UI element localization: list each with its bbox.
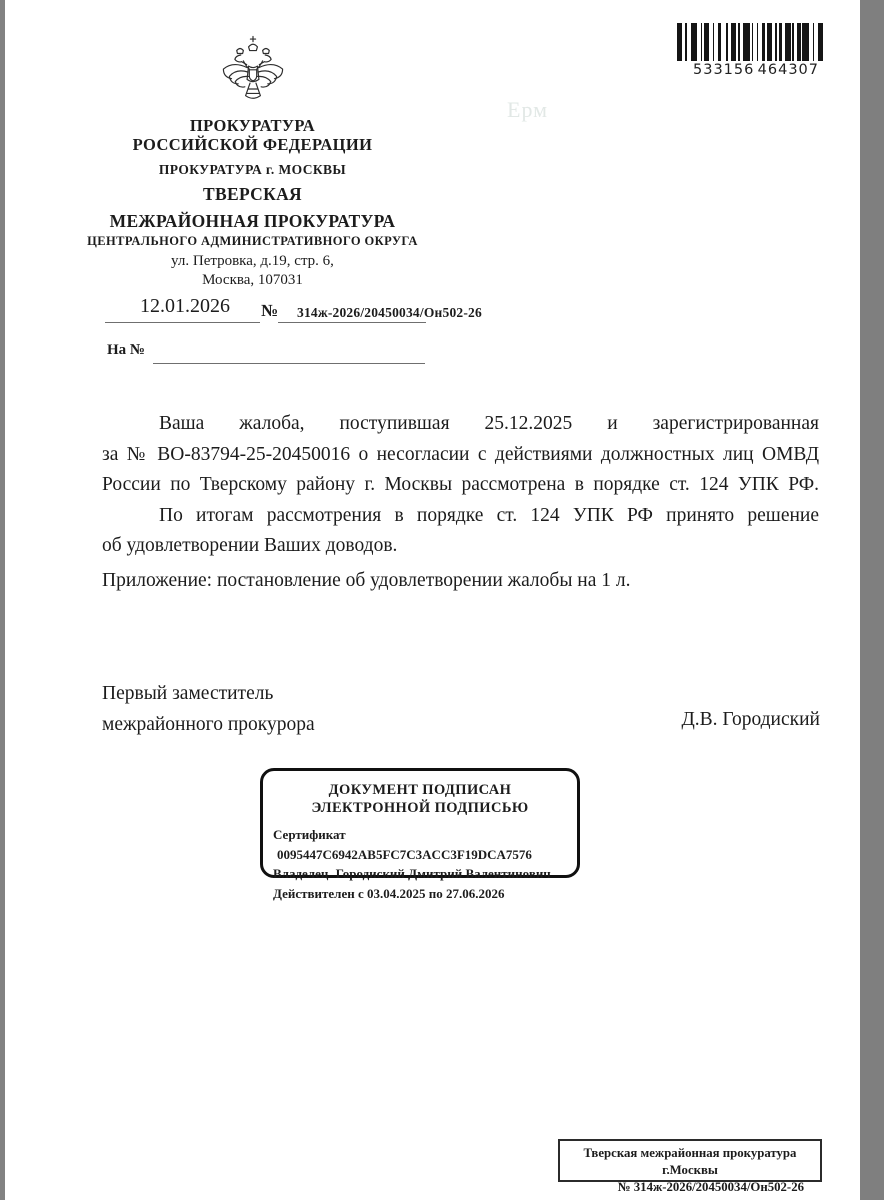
letter-date: 12.01.2026 xyxy=(105,295,265,318)
stamp-certificate-row: Сертификат 0095447C6942AB5FC7C3ACC3F19DC… xyxy=(273,825,569,864)
outgoing-number: 314ж-2026/20450034/Он502-26 xyxy=(297,305,482,321)
certificate-label: Сертификат xyxy=(273,827,346,842)
watermark-text: Ерм xyxy=(507,97,548,123)
reply-underline xyxy=(153,363,425,364)
body-line: России по Тверскому району г. Москвы рас… xyxy=(102,470,819,501)
barcode-bars xyxy=(677,23,823,61)
body-line: за № ВО-83794-25-20450016 о несогласии с… xyxy=(102,440,819,471)
owner-label: Владелец xyxy=(273,866,328,881)
page-margin-left xyxy=(0,0,5,1200)
electronic-signature-stamp: ДОКУМЕНТ ПОДПИСАН ЭЛЕКТРОННОЙ ПОДПИСЬЮ С… xyxy=(260,768,580,878)
org-name-line1: ПРОКУРАТУРА xyxy=(80,117,425,136)
reply-to-label: На № xyxy=(107,342,145,359)
office-address: ул. Петровка, д.19, стр. 6, Москва, 1070… xyxy=(80,252,425,290)
address-line2: Москва, 107031 xyxy=(80,271,425,290)
stamp-title: ДОКУМЕНТ ПОДПИСАН ЭЛЕКТРОННОЙ ПОДПИСЬЮ xyxy=(263,781,577,817)
barcode-digits-right: 464307 xyxy=(758,62,819,78)
footer-org-name: Тверская межрайонная прокуратура г.Москв… xyxy=(560,1145,820,1179)
barcode-digits-left: 533156 xyxy=(693,62,754,78)
attachment-note: Приложение: постановление об удовлетворе… xyxy=(102,570,631,592)
signer-name: Д.В. Городиский xyxy=(520,709,820,731)
stamp-validity-row: Действителен с 03.04.2025 по 27.06.2026 xyxy=(273,884,569,904)
letterhead: ПРОКУРАТУРА РОССИЙСКОЙ ФЕДЕРАЦИИ ПРОКУРА… xyxy=(80,33,425,290)
document-viewer: 533156 464307 Ерм xyxy=(0,0,884,1200)
registration-footer-box: Тверская межрайонная прокуратура г.Москв… xyxy=(558,1139,822,1182)
stamp-info: Сертификат 0095447C6942AB5FC7C3ACC3F19DC… xyxy=(273,825,569,903)
number-sign: № xyxy=(261,301,278,321)
body-line: об удовлетворении Ваших доводов. xyxy=(102,531,819,562)
footer-reg-number: № 314ж-2026/20450034/Он502-26 xyxy=(560,1179,820,1196)
stamp-owner-row: Владелец Городиский Дмитрий Валентинович xyxy=(273,864,569,884)
barcode-digits: 533156 464307 xyxy=(677,61,823,78)
signer-title: Первый заместитель межрайонного прокурор… xyxy=(102,678,315,740)
body-line: Ваша жалоба, поступившая 25.12.2025 и за… xyxy=(102,409,819,440)
office-name-line2: МЕЖРАЙОННАЯ ПРОКУРАТУРА xyxy=(80,212,425,232)
office-name-line1: ТВЕРСКАЯ xyxy=(80,185,425,205)
signer-title-line2: межрайонного прокурора xyxy=(102,709,315,740)
office-okrug: ЦЕНТРАЛЬНОГО АДМИНИСТРАТИВНОГО ОКРУГА xyxy=(80,235,425,248)
org-city: ПРОКУРАТУРА г. МОСКВЫ xyxy=(80,163,425,177)
number-underline xyxy=(278,322,426,323)
barcode: 533156 464307 xyxy=(677,23,823,78)
coat-of-arms-russia-icon xyxy=(216,33,290,115)
signer-title-line1: Первый заместитель xyxy=(102,678,315,709)
certificate-value: 0095447C6942AB5FC7C3ACC3F19DCA7576 xyxy=(277,847,532,862)
org-name-line2: РОССИЙСКОЙ ФЕДЕРАЦИИ xyxy=(80,136,425,155)
stamp-title-line2: ЭЛЕКТРОННОЙ ПОДПИСЬЮ xyxy=(263,799,577,817)
stamp-title-line1: ДОКУМЕНТ ПОДПИСАН xyxy=(263,781,577,799)
address-line1: ул. Петровка, д.19, стр. 6, xyxy=(80,252,425,271)
document-page: 533156 464307 Ерм xyxy=(5,0,860,1200)
page-margin-right xyxy=(860,0,884,1200)
date-underline xyxy=(105,322,260,323)
body-line: По итогам рассмотрения в порядке ст. 124… xyxy=(102,501,819,532)
letter-body: Ваша жалоба, поступившая 25.12.2025 и за… xyxy=(102,409,819,562)
owner-name: Городиский Дмитрий Валентинович xyxy=(336,866,551,881)
